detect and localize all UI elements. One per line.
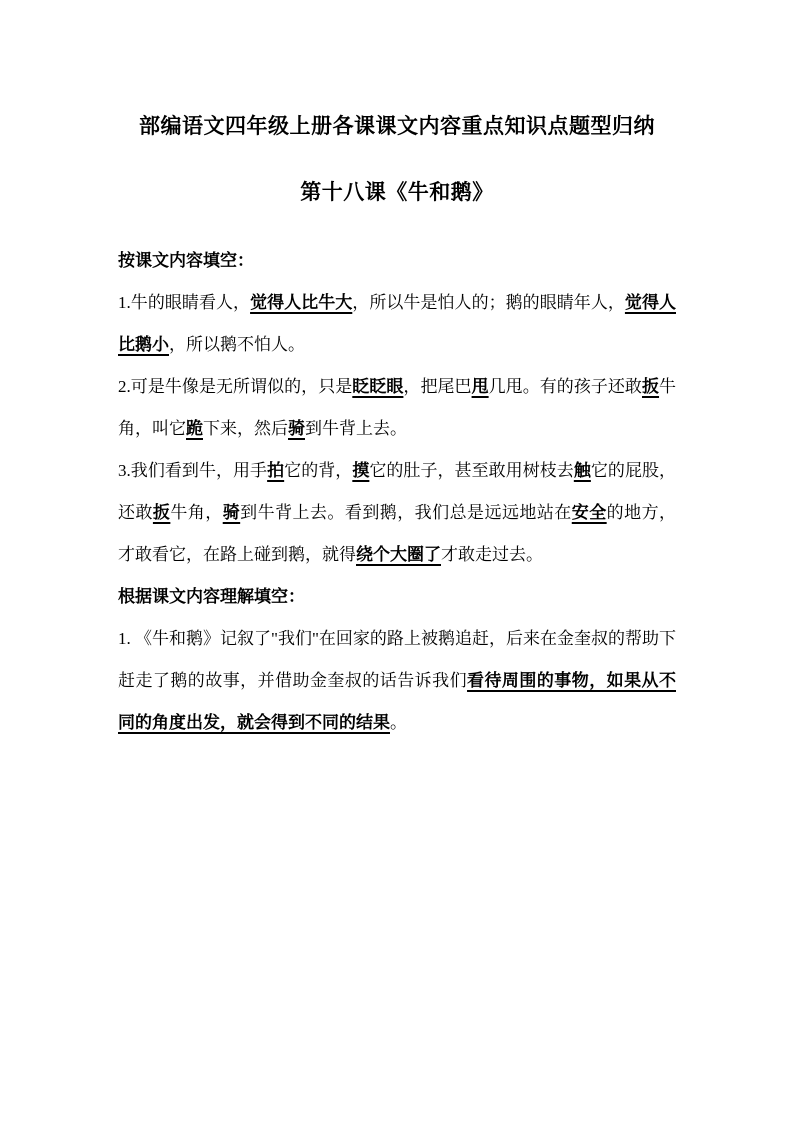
section-heading: 根据课文内容理解填空： <box>118 576 676 618</box>
answer-blank-text: 扳 <box>153 503 170 522</box>
paragraph: 2.可是牛像是无所谓似的，只是眨眨眼，把尾巴甩几甩。有的孩子还敢扳牛角，叫它跪下… <box>118 366 676 450</box>
paragraph: 1. 《牛和鹅》记叙了"我们"在回家的路上被鹅追赶，后来在金奎叔的帮助下赶走了鹅… <box>118 618 676 744</box>
paragraph: 3.我们看到牛，用手拍它的背，摸它的肚子，甚至敢用树枝去触它的屁股，还敢扳牛角，… <box>118 450 676 576</box>
paragraph-text: 才敢走过去。 <box>441 545 543 564</box>
paragraph: 1.牛的眼睛看人，觉得人比牛大，所以牛是怕人的；鹅的眼睛年人，觉得人比鹅小，所以… <box>118 282 676 366</box>
answer-blank-text: 安全 <box>572 503 607 522</box>
paragraph-text: 下来，然后 <box>203 419 288 438</box>
paragraph-text: ，把尾巴 <box>403 377 471 396</box>
answer-blank-text: 甩 <box>472 377 489 396</box>
paragraph-text: 它的肚子，甚至敢用树枝去 <box>369 461 573 480</box>
answer-blank-text: 骑 <box>288 419 305 438</box>
paragraph-text: ，所以牛是怕人的；鹅的眼睛年人， <box>352 293 625 312</box>
answer-blank-text: 骑 <box>223 503 240 522</box>
paragraph-text: 到牛背上去。 <box>305 419 407 438</box>
answer-blank-text: 摸 <box>352 461 369 480</box>
answer-blank-text: 跪 <box>186 419 203 438</box>
answer-blank-text: 眨眨眼 <box>352 377 403 396</box>
paragraph-text: 2.可是牛像是无所谓似的，只是 <box>118 377 352 396</box>
answer-blank-text: 触 <box>574 461 591 480</box>
paragraph-text: 1.牛的眼睛看人， <box>118 293 250 312</box>
paragraph-text: 它的背， <box>284 461 352 480</box>
paragraph-text: ，所以鹅不怕人。 <box>169 335 305 354</box>
answer-blank-text: 拍 <box>267 461 284 480</box>
section-heading: 按课文内容填空： <box>118 240 676 282</box>
document-title: 部编语文四年级上册各课课文内容重点知识点题型归纳 <box>118 112 676 140</box>
paragraph-text: 3.我们看到牛，用手 <box>118 461 267 480</box>
document-sections: 按课文内容填空：1.牛的眼睛看人，觉得人比牛大，所以牛是怕人的；鹅的眼睛年人，觉… <box>118 240 676 744</box>
paragraph-text: 到牛背上去。看到鹅，我们总是远远地站在 <box>240 503 572 522</box>
lesson-title: 第十八课《牛和鹅》 <box>118 178 676 206</box>
answer-blank-text: 扳 <box>642 377 659 396</box>
paragraph-text: 牛角， <box>170 503 222 522</box>
answer-blank-text: 绕个大圈了 <box>356 545 441 564</box>
document-content: 部编语文四年级上册各课课文内容重点知识点题型归纳 第十八课《牛和鹅》 按课文内容… <box>118 112 676 744</box>
answer-blank-text: 觉得人比牛大 <box>250 293 352 312</box>
paragraph-text: 。 <box>390 713 407 732</box>
document-page: 部编语文四年级上册各课课文内容重点知识点题型归纳 第十八课《牛和鹅》 按课文内容… <box>0 0 793 1122</box>
paragraph-text: 几甩。有的孩子还敢 <box>489 377 642 396</box>
